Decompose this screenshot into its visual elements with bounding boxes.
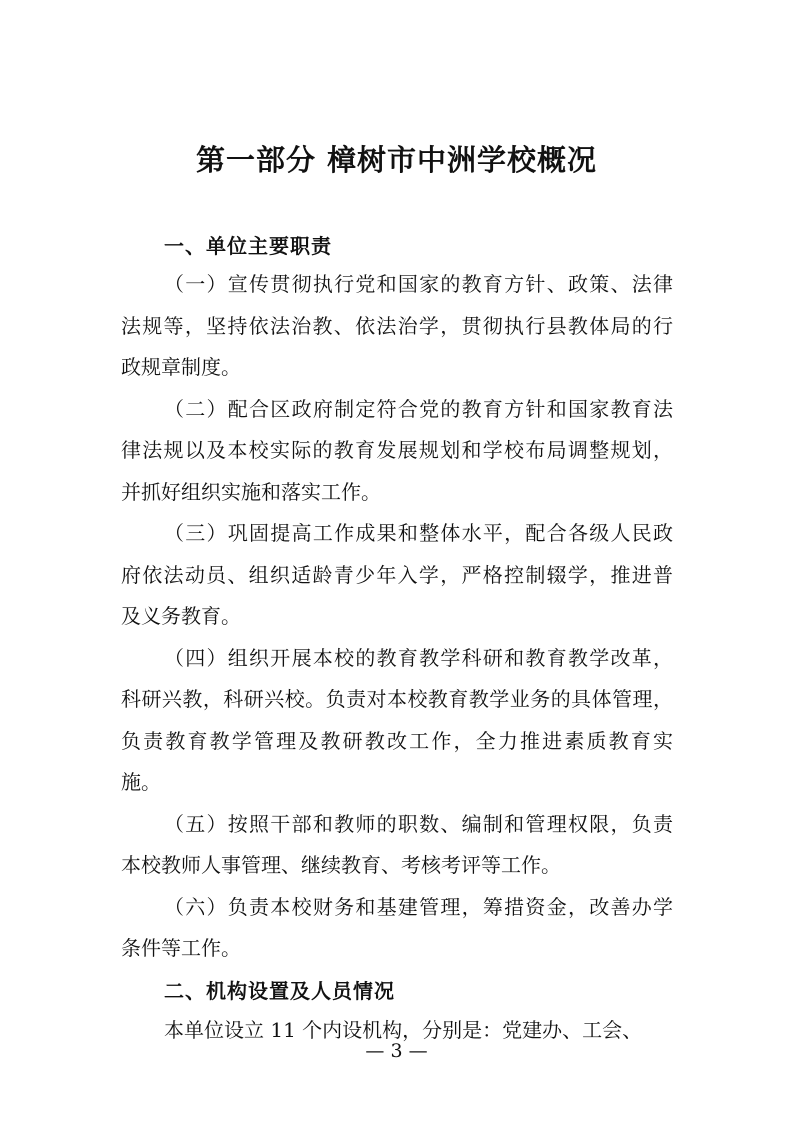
paragraph-line: 条件等工作。 <box>121 934 673 962</box>
section-heading-organization: 二、机构设置及人员情况 <box>164 975 395 1004</box>
paragraph-line: （六）负责本校财务和基建管理，筹措资金，改善办学 <box>164 893 673 921</box>
paragraph-line: 律法规以及本校实际的教育发展规划和学校布局调整规划， <box>121 436 673 464</box>
paragraph-line: 本校教师人事管理、继续教育、考核考评等工作。 <box>121 851 673 879</box>
paragraph-line: （一）宣传贯彻执行党和国家的教育方针、政策、法律 <box>164 270 673 298</box>
paragraph-line: （二）配合区政府制定符合党的教育方针和国家教育法 <box>164 395 673 423</box>
paragraph-line: 科研兴教，科研兴校。负责对本校教育教学业务的具体管理， <box>121 685 673 713</box>
page-number: — 3 — <box>0 1040 793 1062</box>
paragraph-line: 及义务教育。 <box>121 602 673 630</box>
paragraph-line: 府依法动员、组织适龄青少年入学，严格控制辍学，推进普 <box>121 561 673 589</box>
paragraph-line: （四）组织开展本校的教育教学科研和教育教学改革， <box>164 644 673 672</box>
paragraph-line: （三）巩固提高工作成果和整体水平，配合各级人民政 <box>164 519 673 547</box>
paragraph-line: 负责教育教学管理及教研教改工作，全力推进素质教育实 <box>121 727 673 755</box>
paragraph-line: 施。 <box>121 768 673 796</box>
section-heading-responsibilities: 一、单位主要职责 <box>164 230 332 259</box>
paragraph-line: 政规章制度。 <box>121 353 673 381</box>
paragraph-line: （五）按照干部和教师的职数、编制和管理权限，负责 <box>164 810 673 838</box>
paragraph-line: 法规等，坚持依法治教、依法治学，贯彻执行县教体局的行 <box>121 312 673 340</box>
page-title: 第一部分 樟树市中洲学校概况 <box>0 138 793 179</box>
paragraph-line: 并抓好组织实施和落实工作。 <box>121 478 673 506</box>
